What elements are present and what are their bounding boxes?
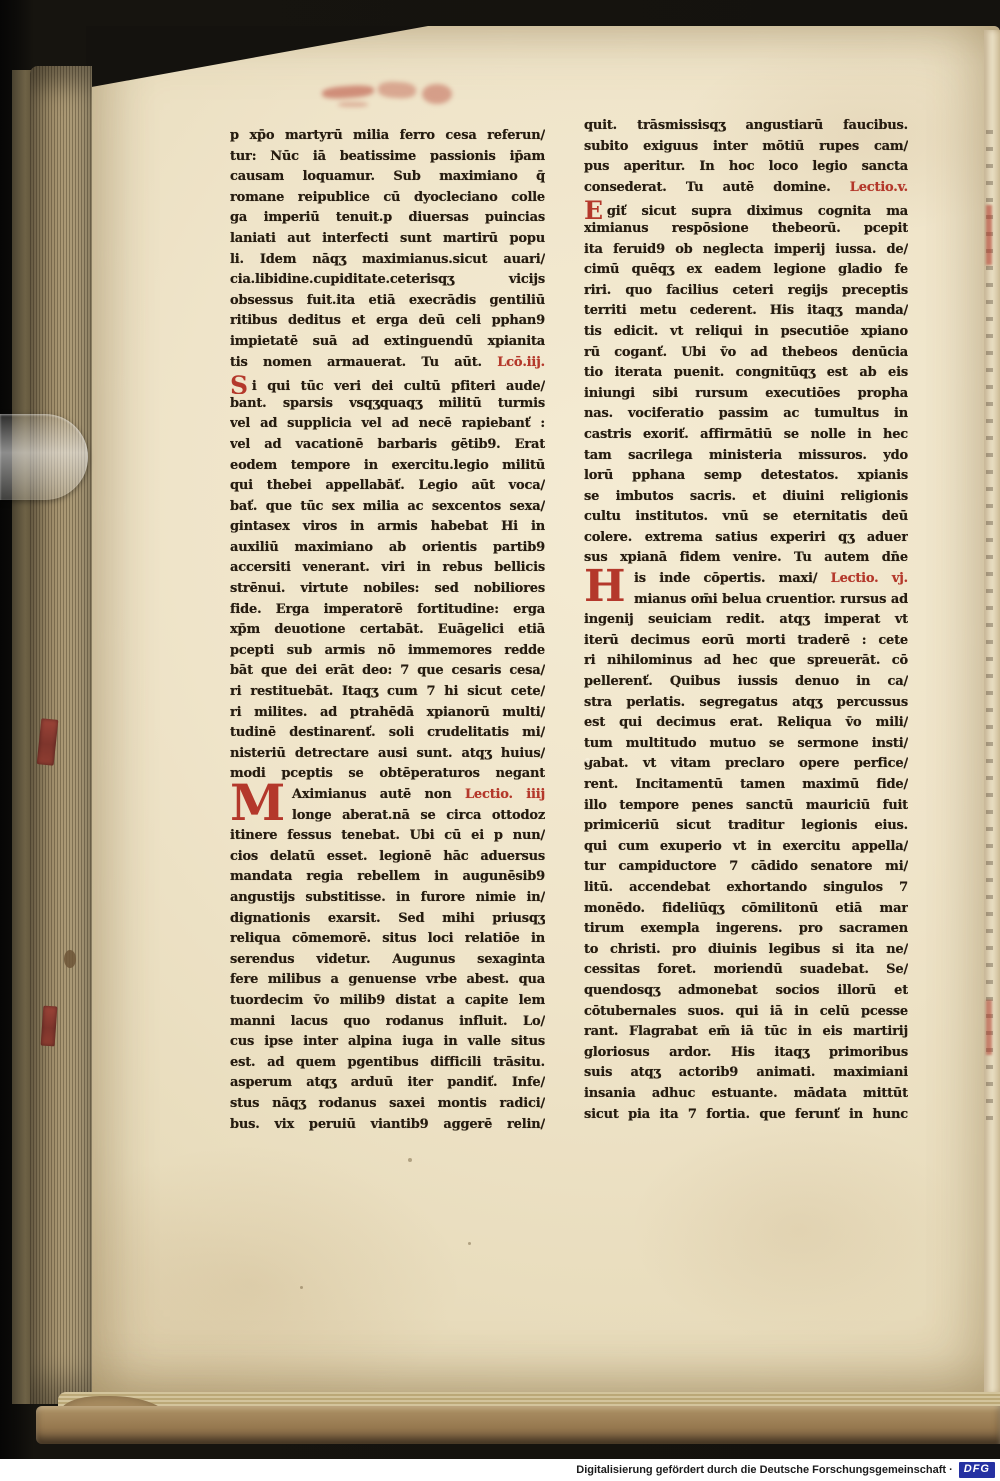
text-line: ingenij seuiciam redit. atqʒ imperat vt <box>584 610 908 631</box>
text-line: nas. vociferatio passim ac tumultus in <box>584 404 908 425</box>
body-text: ritibus deditus et erga deū celi pphan9 <box>230 313 545 328</box>
text-line: ga imperiū tenuit.p diuersas puincias <box>230 208 545 229</box>
text-line: iterū decimus eorū morti traderē : ce… <box>584 631 908 652</box>
text-line: rū coganť. Ubi v̄o ad thebeos denūcia <box>584 343 908 364</box>
text-line: monēdo. fideliūqʒ cōmilitonū etiā m… <box>584 899 908 920</box>
body-text: rent. Incitamentū tamen maximū fide/ <box>584 777 908 792</box>
body-text: dignationis exarsit. Sed mihi priusqʒ <box>230 911 545 926</box>
text-line: mandata regia rebellem in augunēsib9 <box>230 867 545 888</box>
body-text: insania adhuc estuante. mādata mittūt <box>584 1086 908 1101</box>
text-line: tudinē destinarenť. soli crudelitatis m… <box>230 723 545 744</box>
text-line: se imbutos sacris. et diuini religionis <box>584 487 908 508</box>
rubric-text: Lectio.v. <box>850 180 908 195</box>
text-line: romane reipublice cū dyocleciano colle <box>230 188 545 209</box>
text-line: litū. accendebat exhortando singulos 7 <box>584 878 908 899</box>
text-line: insania adhuc estuante. mādata mittūt <box>584 1084 908 1105</box>
body-text: iterū decimus eorū morti traderē : ce… <box>584 633 908 648</box>
text-line: stus nāqʒ rodanus saxei montis radici/ <box>230 1094 545 1115</box>
body-text: suis atqʒ actorib9 animati. maximiani <box>584 1065 908 1080</box>
text-line: lorū pphana semp detestatos. xpianis <box>584 466 908 487</box>
text-line: tuordecim v̄o milib9 distat a capite lem <box>230 991 545 1012</box>
text-line: cus ipse inter alpina iuga in valle situ… <box>230 1032 545 1053</box>
text-line: Si qui tūc veri dei cultū pfiteri aude… <box>230 373 545 394</box>
text-line: li. Idem nāqʒ maximianus.sicut auari/ <box>230 250 545 271</box>
text-line: territi metu cederent. His itaqʒ manda/ <box>584 301 908 322</box>
text-line: suis atqʒ actorib9 animati. maximiani <box>584 1063 908 1084</box>
body-text: sicut pia ita 7 fortia. que ferunť in hu… <box>584 1107 908 1122</box>
text-line: fere milibus a genuense vrbe abest. qua <box>230 970 545 991</box>
body-text: angustijs substitisse. in furore nimie i… <box>230 890 545 905</box>
body-text: reliqua cōmemorē. situs loci relatiōe… <box>230 931 545 946</box>
text-line: vel ad supplicia vel ad necē rapiebanť … <box>230 414 545 435</box>
text-line: obsessus fuit.ita etiā execrādis genti… <box>230 291 545 312</box>
text-line: serendus videtur. Augunus sexaginta <box>230 950 545 971</box>
text-line: tis nomen armauerat. Tu aūt. Lcō.iij. <box>230 353 545 374</box>
text-line: subito exiguus inter mōtiū rupes cam/ <box>584 137 908 158</box>
text-line: gloriosus ardor. His itaqʒ primoribus <box>584 1043 908 1064</box>
text-line: primiceriū sicut traditur legionis eius… <box>584 816 908 837</box>
body-text: p xp̄o martyrū milia ferro cesa referun… <box>230 128 545 143</box>
text-line: consederat. Tu autē domine. Lectio.v. <box>584 178 908 199</box>
text-line: rant. Flagrabat em̄ iā tūc in eis mart… <box>584 1022 908 1043</box>
drop-cap-initial: H <box>584 565 625 609</box>
left-column: p xp̄o martyrū milia ferro cesa referun… <box>230 126 545 1135</box>
body-text: asperum atqʒ arduū iter pandiť. Infe/ <box>230 1075 545 1090</box>
text-line: iniungi sibi rursum executiōes propha <box>584 384 908 405</box>
body-text: bant. sparsis vsqʒquaqʒ militū turmis <box>230 396 545 411</box>
adjacent-page-text-marks <box>986 130 993 1130</box>
text-line: impietatē suā ad extinguendū xpianita <box>230 332 545 353</box>
body-text: quendosqʒ admonebat socios illorū et <box>584 983 908 998</box>
text-line: ri nihilominus ad hec que spreuerāt. co… <box>584 651 908 672</box>
body-text: colere. extrema satius experiri qʒ aduer <box>584 530 908 545</box>
body-text: fide. Erga imperatorē fortitudine: erga <box>230 602 545 617</box>
text-line: ri milites. ad ptrahēdā xpianorū mult… <box>230 703 545 724</box>
body-text: cessitas foret. moriendū suadebat. Se/ <box>584 962 908 977</box>
text-line: est. ad quem pgentibus difficili trāsit… <box>230 1053 545 1074</box>
body-text: rū coganť. Ubi v̄o ad thebeos denūcia <box>584 345 908 360</box>
text-line: ritibus deditus et erga deū celi pphan9 <box>230 311 545 332</box>
adjacent-page-rubric-mark <box>986 1000 992 1055</box>
text-line: bať. que tūc sex milia ac sexcentos sex… <box>230 497 545 518</box>
body-text: Aximianus autē non <box>292 787 465 802</box>
text-line: eodem tempore in exercitu.legio militū <box>230 456 545 477</box>
page-holder-clamp <box>0 414 88 500</box>
body-text: mandata regia rebellem in augunēsib9 <box>230 869 545 884</box>
body-text: to christi. pro diuinis legibus si ita n… <box>584 942 908 957</box>
body-text: gloriosus ardor. His itaqʒ primoribus <box>584 1045 908 1060</box>
page-speck <box>300 1286 303 1289</box>
body-text: tio iterata puenit. congnitūqʒ est ab e… <box>584 365 908 380</box>
book-scan-photo: p xp̄o martyrū milia ferro cesa referun… <box>0 0 1000 1481</box>
body-text: gintasex viros in armis habebat Hi in <box>230 519 545 534</box>
text-line: vel ad vacationē barbaris gētib9. Erat <box>230 435 545 456</box>
book-bottom-cover-edge <box>36 1406 1000 1444</box>
text-line: laniati aut interfecti sunt martirū pop… <box>230 229 545 250</box>
body-text: tudinē destinarenť. soli crudelitatis m… <box>230 725 545 740</box>
body-text: ita feruid9 ob neglecta imperij iussa. d… <box>584 242 908 257</box>
body-text: monēdo. fideliūqʒ cōmilitonū etiā m… <box>584 901 908 916</box>
body-text: consederat. Tu autē domine. <box>584 180 850 195</box>
text-line: castris exoriť. affirmātiū se nolle in… <box>584 425 908 446</box>
rubric-text: Lcō.iij. <box>497 355 545 370</box>
body-text: rant. Flagrabat em̄ iā tūc in eis mart… <box>584 1024 908 1039</box>
body-text: laniati aut interfecti sunt martirū pop… <box>230 231 545 246</box>
text-line: pus aperitur. In hoc loco legio sancta <box>584 157 908 178</box>
rubric-text: Lectio. vj. <box>831 571 908 586</box>
body-text: stus nāqʒ rodanus saxei montis radici/ <box>230 1096 545 1111</box>
body-text: tur campiductore 7 cādido senatore mi/ <box>584 859 908 874</box>
text-line: mianus om̄i belua cruentior. rursus ad <box>584 590 908 611</box>
text-line: qui thebei appellabāť. Legio aūt voca/ <box>230 476 545 497</box>
body-text: bus. vix peruiū viantib9 aggerē relin/ <box>230 1117 545 1132</box>
text-line: manni lacus quo rodanus influit. Lo/ <box>230 1012 545 1033</box>
digitization-credit-bar: Digitalisierung gefördert durch die Deut… <box>0 1459 1000 1481</box>
text-line: bus. vix peruiū viantib9 aggerē relin/ <box>230 1115 545 1136</box>
body-text: tirum exempla ingerens. pro sacramen <box>584 921 908 936</box>
body-text: stra perlatis. segregatus atqʒ percussus <box>584 695 908 710</box>
body-text: nisteriū detrectare ausi sunt. atqʒ hui… <box>230 746 545 761</box>
body-text: primiceriū sicut traditur legionis eius… <box>584 818 908 833</box>
faded-folio-numeral <box>318 76 478 112</box>
text-line: riri. quo facilius ceteri regijs precept… <box>584 281 908 302</box>
body-text: pcepti sub armis nō immemores redde <box>230 643 545 658</box>
text-line: rent. Incitamentū tamen maximū fide/ <box>584 775 908 796</box>
red-initial: S <box>230 373 252 394</box>
body-text: tuordecim v̄o milib9 distat a capite lem <box>230 993 545 1008</box>
body-text: lorū pphana semp detestatos. xpianis <box>584 468 908 483</box>
text-line: to christi. pro diuinis legibus si ita n… <box>584 940 908 961</box>
edge-stain <box>64 950 76 968</box>
body-text: sus xpianā fidem venire. Tu autem dn̄e <box>584 550 908 565</box>
credit-text: Digitalisierung gefördert durch die Deut… <box>576 1464 953 1476</box>
body-text: ri milites. ad ptrahēdā xpianorū mult… <box>230 705 545 720</box>
text-line: tur campiductore 7 cādido senatore mi/ <box>584 857 908 878</box>
text-line: quit. trāsmissisqʒ angustiarū faucibus… <box>584 116 908 137</box>
body-text: cultu institutos. vnū se eternitatis de… <box>584 509 908 524</box>
body-text: cia.libidine.cupiditate.ceterisqʒ vicijs <box>230 272 545 287</box>
red-leather-tab <box>41 1006 58 1047</box>
text-line: p xp̄o martyrū milia ferro cesa referun… <box>230 126 545 147</box>
text-line: qui cum exuperio vt in exercitu appella/ <box>584 837 908 858</box>
body-text: tis nomen armauerat. Tu aūt. <box>230 355 497 370</box>
text-line: tum multitudo mutuo se sermone insti/ <box>584 734 908 755</box>
text-line: is inde cōpertis. maxi/ Lectio. vj. <box>584 569 908 590</box>
rubric-text: Lectio. iiij <box>465 787 545 802</box>
text-line: ri restituebāt. Itaqʒ cum 7 hi sicut ce… <box>230 682 545 703</box>
text-line: sicut pia ita 7 fortia. que ferunť in hu… <box>584 1105 908 1126</box>
text-line: gintasex viros in armis habebat Hi in <box>230 517 545 538</box>
text-line: sus xpianā fidem venire. Tu autem dn̄e <box>584 548 908 569</box>
body-text: cios delatū esset. legionē hāc aduers… <box>230 849 545 864</box>
body-text: litū. accendebat exhortando singulos 7 <box>584 880 908 895</box>
body-text: ximianus respōsione thebeorū. pcepit <box>584 221 908 236</box>
text-line: cia.libidine.cupiditate.ceterisqʒ vicijs <box>230 270 545 291</box>
text-line: accersiti venerant. viri in rebus bellic… <box>230 558 545 579</box>
dfg-logo: DFG <box>959 1462 995 1478</box>
body-text: giť sicut supra diximus cognita ma <box>607 204 908 219</box>
body-text: impietatē suā ad extinguendū xpianita <box>230 334 545 349</box>
body-text: se imbutos sacris. et diuini religionis <box>584 489 908 504</box>
red-initial: E <box>584 198 607 219</box>
body-text: ri nihilominus ad hec que spreuerāt. co… <box>584 653 908 668</box>
body-text: ga imperiū tenuit.p diuersas puincias <box>230 210 545 225</box>
body-text: li. Idem nāqʒ maximianus.sicut auari/ <box>230 252 545 267</box>
text-line: ita feruid9 ob neglecta imperij iussa. d… <box>584 240 908 261</box>
body-text: longe aberat.nā se circa ottodoz <box>292 808 545 823</box>
body-text: quit. trāsmissisqʒ angustiarū faucibus… <box>584 118 908 133</box>
drop-cap-initial: M <box>230 781 285 825</box>
body-text: gabat. vt vitam preclaro opere perfice/ <box>584 756 908 771</box>
body-text: ri restituebāt. Itaqʒ cum 7 hi sicut ce… <box>230 684 545 699</box>
text-line: tirum exempla ingerens. pro sacramen <box>584 919 908 940</box>
text-line: nisteriū detrectare ausi sunt. atqʒ hui… <box>230 744 545 765</box>
body-text: is inde cōpertis. maxi/ <box>634 571 831 586</box>
body-text: fere milibus a genuense vrbe abest. qua <box>230 972 545 987</box>
body-text: tum multitudo mutuo se sermone insti/ <box>584 736 908 751</box>
right-column: quit. trāsmissisqʒ angustiarū faucibus… <box>584 116 908 1125</box>
page-speck <box>468 1242 471 1245</box>
body-text: pus aperitur. In hoc loco legio sancta <box>584 159 908 174</box>
body-text: cimū quēqʒ ex eadem legione gladio fe <box>584 262 908 277</box>
body-text: cōtubernales suos. qui iā in celū pce… <box>584 1004 908 1019</box>
text-line: Egiť sicut supra diximus cognita ma <box>584 198 908 219</box>
text-line: est qui decimus erat. Reliqua v̄o mili/ <box>584 713 908 734</box>
text-line: gabat. vt vitam preclaro opere perfice/ <box>584 754 908 775</box>
text-line: cultu institutos. vnū se eternitatis de… <box>584 507 908 528</box>
text-line: stra perlatis. segregatus atqʒ percussus <box>584 693 908 714</box>
text-line: asperum atqʒ arduū iter pandiť. Infe/ <box>230 1073 545 1094</box>
body-text: bāt que dei erāt deo: 7 que cesaris ce… <box>230 663 545 678</box>
text-line: pellerenť. Quibus iussis denuo in ca/ <box>584 672 908 693</box>
text-line: cessitas foret. moriendū suadebat. Se/ <box>584 960 908 981</box>
text-line: ximianus respōsione thebeorū. pcepit <box>584 219 908 240</box>
body-text: romane reipublice cū dyocleciano colle <box>230 190 545 205</box>
adjacent-page-rubric-mark <box>986 205 992 265</box>
body-text: nas. vociferatio passim ac tumultus in <box>584 406 908 421</box>
text-line: bāt que dei erāt deo: 7 que cesaris ce… <box>230 661 545 682</box>
text-line: dignationis exarsit. Sed mihi priusqʒ <box>230 909 545 930</box>
body-text: tam sacrilega ministeria missuros. ydo <box>584 448 908 463</box>
text-line: auxiliū maximiano ab orientis partib9 <box>230 538 545 559</box>
page-speck <box>585 758 590 763</box>
body-text: obsessus fuit.ita etiā execrādis genti… <box>230 293 545 308</box>
body-text: manni lacus quo rodanus influit. Lo/ <box>230 1014 545 1029</box>
text-line: causam loquamur. Sub maximiano q̄ <box>230 167 545 188</box>
text-line: tur: Nūc iā beatissime passionis ip̄am <box>230 147 545 168</box>
body-text: serendus videtur. Augunus sexaginta <box>230 952 545 967</box>
body-text: subito exiguus inter mōtiū rupes cam/ <box>584 139 908 154</box>
body-text: strēnui. virtute nobiles: sed nobiliore… <box>230 581 545 596</box>
text-line: strēnui. virtute nobiles: sed nobiliore… <box>230 579 545 600</box>
body-text: territi metu cederent. His itaqʒ manda/ <box>584 303 908 318</box>
body-text: ingenij seuiciam redit. atqʒ imperat vt <box>584 612 908 627</box>
body-text: pellerenť. Quibus iussis denuo in ca/ <box>584 674 908 689</box>
text-line: xp̄m deuotione certabāt. Euāgelici eti… <box>230 620 545 641</box>
body-text: bať. que tūc sex milia ac sexcentos sex… <box>230 499 545 514</box>
body-text: cus ipse inter alpina iuga in valle situ… <box>230 1034 545 1049</box>
body-text: vel ad supplicia vel ad necē rapiebanť … <box>230 416 545 431</box>
body-text: xp̄m deuotione certabāt. Euāgelici eti… <box>230 622 545 637</box>
text-line: cios delatū esset. legionē hāc aduers… <box>230 847 545 868</box>
text-line: angustijs substitisse. in furore nimie i… <box>230 888 545 909</box>
body-text: i qui tūc veri dei cultū pfiteri aude/ <box>252 379 545 394</box>
page-speck <box>408 1158 412 1162</box>
body-text: est. ad quem pgentibus difficili trāsit… <box>230 1055 545 1070</box>
body-text: qui thebei appellabāť. Legio aūt voca/ <box>230 478 545 493</box>
body-text: tis edicit. vt reliqui in psecutiōe xpi… <box>584 324 908 339</box>
body-text: eodem tempore in exercitu.legio militū <box>230 458 545 473</box>
body-text: illo tempore penes sanctū mauriciū fui… <box>584 798 908 813</box>
text-line: illo tempore penes sanctū mauriciū fui… <box>584 796 908 817</box>
text-line: tam sacrilega ministeria missuros. ydo <box>584 446 908 467</box>
body-text: tur: Nūc iā beatissime passionis ip̄am <box>230 149 545 164</box>
body-text: iniungi sibi rursum executiōes propha <box>584 386 908 401</box>
body-text: accersiti venerant. viri in rebus bellic… <box>230 560 545 575</box>
body-text: auxiliū maximiano ab orientis partib9 <box>230 540 545 555</box>
body-text: vel ad vacationē barbaris gētib9. Erat <box>230 437 545 452</box>
text-line: cōtubernales suos. qui iā in celū pce… <box>584 1002 908 1023</box>
text-line: tis edicit. vt reliqui in psecutiōe xpi… <box>584 322 908 343</box>
text-line: colere. extrema satius experiri qʒ aduer <box>584 528 908 549</box>
body-text: castris exoriť. affirmātiū se nolle in… <box>584 427 908 442</box>
text-line: pcepti sub armis nō immemores redde <box>230 641 545 662</box>
text-line: fide. Erga imperatorē fortitudine: erga <box>230 600 545 621</box>
text-line: bant. sparsis vsqʒquaqʒ militū turmis <box>230 394 545 415</box>
body-text: mianus om̄i belua cruentior. rursus ad <box>634 592 908 607</box>
text-line: reliqua cōmemorē. situs loci relatiōe… <box>230 929 545 950</box>
body-text: est qui decimus erat. Reliqua v̄o mili/ <box>584 715 908 730</box>
text-line: cimū quēqʒ ex eadem legione gladio fe <box>584 260 908 281</box>
body-text: qui cum exuperio vt in exercitu appella/ <box>584 839 908 854</box>
body-text: causam loquamur. Sub maximiano q̄ <box>230 169 545 184</box>
body-text: riri. quo facilius ceteri regijs precept… <box>584 283 908 298</box>
text-line: tio iterata puenit. congnitūqʒ est ab e… <box>584 363 908 384</box>
text-line: quendosqʒ admonebat socios illorū et <box>584 981 908 1002</box>
